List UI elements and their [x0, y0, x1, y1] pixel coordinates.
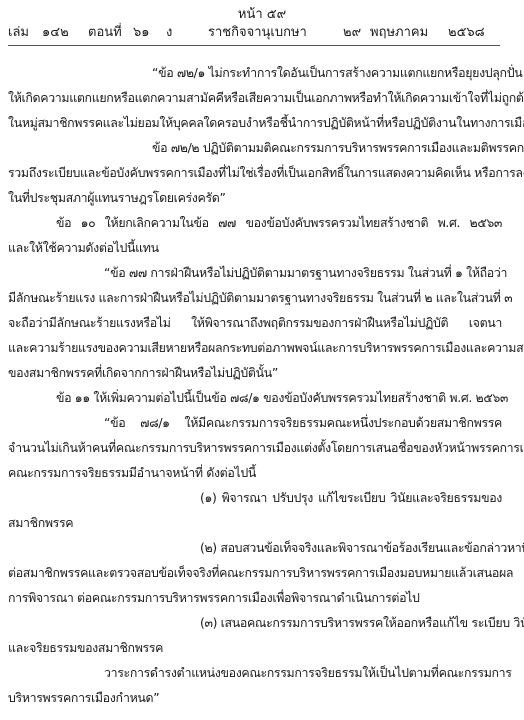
text-line: ข้อ ๑๐ ให้ยกเลิกความในข้อ ๗๗ ของข้อบังคั…: [56, 214, 502, 232]
text-line: (๓) เสนอคณะกรรมการบริหารพรรคให้ออกหรือแก…: [200, 614, 502, 632]
text-line: คณะกรรมการจริยธรรมมีอำนาจหน้าที่ ดังต่อไ…: [8, 464, 502, 482]
text-line: ในที่ประชุมสภาผู้แทนราษฎรโดยเคร่งครัด”: [8, 189, 502, 207]
date-month: พฤษภาคม: [370, 21, 428, 42]
text-line: “ข้อ ๗๒/๑ ไม่กระทำการใดอันเป็นการสร้างคว…: [152, 64, 502, 82]
text-line: “ข้อ ๗๘/๑ ให้มีคณะกรรมการจริยธรรมคณะหนึ่…: [104, 414, 502, 432]
text-line: (๒) สอบสวนข้อเท็จจริงและพิจารณาข้อร้องเร…: [200, 539, 502, 557]
text-line: ข้อ ๑๑ ให้เพิ่มความต่อไปนี้เป็นข้อ ๗๘/๑ …: [56, 389, 502, 407]
text-line: จะถือว่ามีลักษณะร้ายแรงหรือไม่ ให้พิจารณ…: [8, 314, 502, 332]
text-line: บริหารพรรคการเมืองกำหนด”: [8, 689, 502, 707]
text-line: สมาชิกพรรค: [8, 514, 502, 532]
part-type: ง: [166, 21, 172, 42]
text-line: ของสมาชิกพรรคที่เกิดจากการฝ่าฝืนหรือไม่ป…: [8, 364, 502, 382]
text-line: ต่อสมาชิกพรรคและตรวจสอบข้อเท็จจริงที่คณะ…: [8, 564, 502, 582]
volume-label: เล่ม: [8, 21, 29, 42]
date-year: ๒๕๖๘: [448, 21, 485, 42]
part-number: ๖๑: [133, 21, 150, 42]
text-line: “ข้อ ๗๗ การฝ่าฝืนหรือไม่ปฏิบัติตามมาตรฐา…: [104, 264, 502, 282]
text-line: ข้อ ๗๒/๒ ปฏิบัติตามมติคณะกรรมการบริหารพร…: [152, 139, 502, 157]
text-line: รวมถึงระเบียบและข้อบังคับพรรคการเมืองที่…: [8, 164, 502, 182]
text-line: (๑) พิจารณา ปรับปรุง แก้ไขระเบียบ วินัยแ…: [200, 489, 502, 507]
date-day: ๒๙: [343, 21, 361, 42]
header-divider: [8, 45, 500, 46]
text-line: วาระการดำรงตำแหน่งของคณะกรรมการจริยธรรมใ…: [104, 664, 502, 682]
text-line: จำนวนไม่เกินห้าคนที่คณะกรรมการบริหารพรรค…: [8, 439, 502, 457]
volume-number: ๑๔๒: [42, 21, 69, 42]
text-line: มีลักษณะร้ายแรง และการฝ่าฝืนหรือไม่ปฏิบั…: [8, 289, 502, 307]
text-line: และจริยธรรมของสมาชิกพรรค: [8, 639, 502, 657]
text-line: การพิจารณา ต่อคณะกรรมการบริหารพรรคการเมื…: [8, 589, 502, 607]
gazette-header: เล่ม ๑๔๒ ตอนที่ ๖๑ ง ราชกิจจานุเบกษา ๒๙ …: [8, 21, 500, 41]
publication-title: ราชกิจจานุเบกษา: [208, 21, 307, 42]
text-line: ให้เกิดความแตกแยกหรือแตกความสามัคคีหรือเ…: [8, 89, 502, 107]
part-label: ตอนที่: [88, 21, 122, 42]
text-line: และความร้ายแรงของความเสียหายหรือผลกระทบต…: [8, 339, 502, 357]
text-line: ในหมู่สมาชิกพรรคและไม่ยอมให้บุคคลใดครอบง…: [8, 114, 502, 132]
text-line: และให้ใช้ความดังต่อไปนี้แทน: [8, 239, 502, 257]
